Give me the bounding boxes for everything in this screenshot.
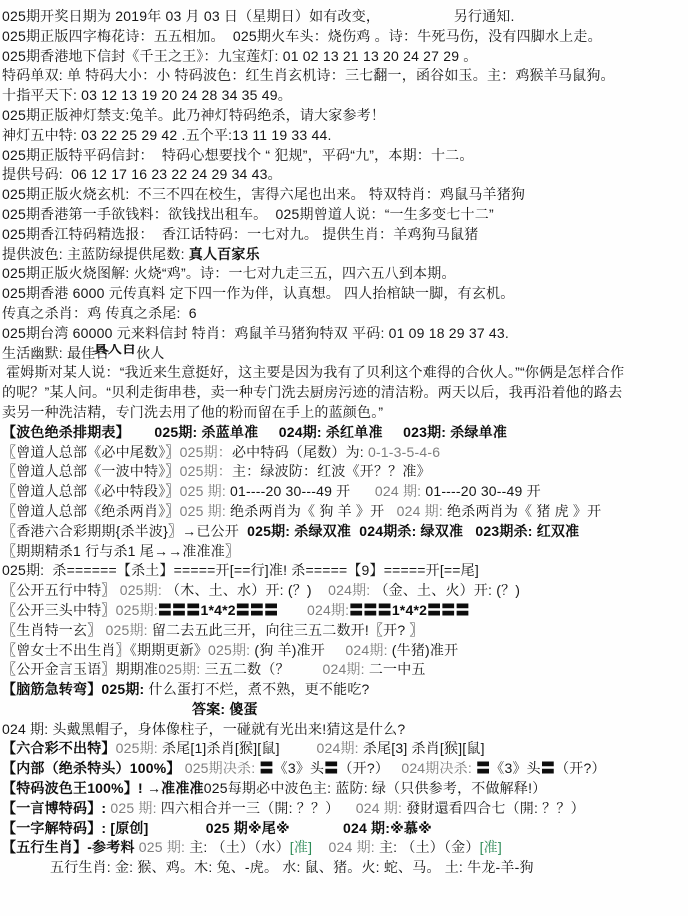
text-segment: 023期: 杀绿单准 [403, 424, 507, 440]
text-line: 〖公开五行中特〗 025期: （木、土、水）开: (？) 024期: （金、土、… [2, 581, 688, 601]
text-line: 〖曾道人总部《必中特段》〗025 期: 01----20 30---49 开 0… [2, 482, 688, 502]
text-segment: 〓〓〓1*4*2〓〓〓 [349, 602, 469, 618]
text-segment [130, 424, 155, 440]
text-segment: 024期: 杀红单准 [279, 424, 383, 440]
text-segment: 神灯五中特: 03 22 25 29 42 .五个平:13 11 19 33 4… [2, 127, 332, 143]
text-line: 025期香港 6000 元传真料 定下四一作为伴，认真想。 四人抬棺缺一脚，有玄… [2, 284, 688, 304]
text-segment: 024期决杀: [401, 760, 476, 776]
text-segment: 〖生肖特一玄〗 [2, 622, 106, 638]
text-segment: 025期： [180, 463, 232, 479]
text-segment: 主: （土）（水） [189, 839, 290, 855]
text-line: 提供波色: 主蓝防绿提供尾数: 真人百家乐 [2, 245, 688, 265]
text-segment: 〖曾女士不出生肖〗《期期更新》 [2, 642, 208, 658]
text-segment: 【一字解特码】: [原创] [2, 820, 148, 836]
text-segment: 〖公开五行中特〗 [2, 582, 120, 598]
text-segment: 〓 [259, 760, 273, 776]
text-segment: 024 期: [397, 503, 447, 519]
text-segment: 答案: 傻蛋 [192, 701, 258, 717]
text-segment: 二一中五 [369, 661, 426, 677]
text-segment: 【脑筋急转弯】025期: [2, 681, 149, 697]
text-segment: 025 期: [110, 800, 160, 816]
text-segment: 〖曾道人总部《一波中特》〗 [2, 463, 180, 479]
text-segment [312, 582, 328, 598]
text-line: 〖公开三头中特〗025期:〓〓〓1*4*2〓〓〓 024期:〓〓〓1*4*2〓〓… [2, 601, 688, 621]
text-segment [280, 740, 317, 756]
text-segment: 三五二数（？ [205, 661, 290, 677]
text-segment: [准] [290, 839, 312, 855]
text-segment: （开?） [338, 760, 389, 776]
text-line: 【波色绝杀排期表】 025期: 杀蓝单准 024期: 杀红单准 023期: 杀绿… [2, 423, 688, 443]
text-line: 025期正版四字梅花诗：五五相加。 025期火车头：烧伤鸡 。诗：牛死马伤，没有… [2, 27, 688, 47]
text-line: 【五行生肖】-参考料 025 期: 主: （土）（水）[准] 024 期: 主:… [2, 838, 688, 858]
text-segment: 024 期:※慕※ [343, 820, 432, 836]
text-line: 〖曾女士不出生肖〗《期期更新》025期: (狗 羊)准开 024期: (牛猪)准… [2, 641, 688, 661]
text-segment: 主: （土）（金） [379, 839, 480, 855]
text-line: 【一字解特码】: [原创] 025 期※尾※ 024 期:※慕※ [2, 819, 688, 839]
text-segment: 025期: [116, 602, 158, 618]
text-segment: 特码单双: 单 特码大小：小 特码波色：红生肖玄机诗：三七翻一，函谷如玉。主：鸡… [2, 67, 615, 83]
text-segment: （木、土、水）开: (？) [166, 582, 312, 598]
text-line: 025期开奖日期为 2019年 03 月 03 日（星期日）如有改变， 另行通知… [2, 7, 688, 27]
text-segment [148, 820, 205, 836]
text-segment: 四六相合并一三（開: ？？） [161, 800, 340, 816]
text-segment: 《3》头 [490, 760, 541, 776]
text-line: 【脑筋急转弯】025期: 什么蛋打不烂，煮不熟，更不能吃? [2, 680, 688, 700]
text-line: 〖曾道人总部《一波中特》〗025期：主：绿波防：红波《开？？准》 [2, 462, 688, 482]
text-segment: 提供号码: 06 12 17 16 23 22 24 29 34 43。 [2, 166, 282, 182]
text-segment: 025期决杀: [185, 760, 260, 776]
text-line: 答案: 傻蛋 [2, 700, 688, 720]
text-segment [383, 424, 403, 440]
text-line: 025期正版特平码信封： 特码心想要找个 “ 犯规”，平码“九”，本期：十二。 [2, 146, 688, 166]
text-segment: 025期正版神灯禁支:兔羊。此乃神灯特码绝杀，请大家参考！ [2, 107, 385, 123]
text-line: 025期正版火烧图解: 火烧“鸡”。诗：一七对九走三五，四六五八到本期。 [2, 264, 688, 284]
text-segment: （开?） [555, 760, 606, 776]
text-segment: 〓 [476, 760, 490, 776]
text-segment: 025期香港地下信封《千王之王》：九宝莲灯: 01 02 13 21 13 20… [2, 48, 478, 64]
text-line: 【特码波色王100%】! →准准准025每期必中波色主: 蓝防: 绿（只供参考，… [2, 779, 688, 799]
text-segment: 卖另一种洗洁精，专门洗去用了他的粉而留在手上的蓝颜色。” [2, 404, 383, 420]
text-segment: 025 期: [180, 503, 230, 519]
text-segment: 025期: [106, 622, 152, 638]
text-line: 的呢？”某人问。“贝利走街串巷，卖一种专门洗去厨房污迹的清洁粉。两天以后，我再沿… [2, 383, 688, 403]
text-segment: 025期: [158, 661, 204, 677]
text-segment: 必中特码（尾数）为: [232, 444, 368, 460]
text-segment: 绝杀两肖为《 狗 羊 》开 [230, 503, 384, 519]
text-segment: 的呢？”某人问。“贝利走街串巷，卖一种专门洗去厨房污迹的清洁粉。两天以后，我再沿… [2, 384, 622, 400]
text-segment: 025期香港第一手欲钱料：欲钱找出租车。 025期曾道人说：“一生多变七十二” [2, 206, 494, 222]
text-segment: 024期: [322, 661, 368, 677]
text-line: 025期香港第一手欲钱料：欲钱找出租车。 025期曾道人说：“一生多变七十二” [2, 205, 688, 225]
text-segment: 〓〓〓1*4*2〓〓〓 [158, 602, 278, 618]
text-segment: （金、土、火）开: (？) [374, 582, 520, 598]
text-line: 五行生肖: 金: 猴、鸡。木: 兔、-虎。 水: 鼠、猪。火: 蛇、马。 土: … [2, 858, 688, 878]
text-segment: 025期: 杀蓝单准 [154, 424, 258, 440]
text-line: 神灯五中特: 03 22 25 29 42 .五个平:13 11 19 33 4… [2, 126, 688, 146]
text-segment: 〖公开三头中特〗 [2, 602, 116, 618]
text-segment: 【特码波色王100%】! →准准准 [2, 780, 204, 796]
text-line: 025期: 杀======【杀土】=====开[==行]准! 杀=====【9】… [2, 561, 688, 581]
text-segment: 024期: [317, 740, 363, 756]
text-segment: 〖曾道人总部《必中尾数》〗 [2, 444, 180, 460]
text-segment [312, 839, 328, 855]
text-segment: 025期正版四字梅花诗：五五相加。 025期火车头：烧伤鸡 。诗：牛死马伤，没有… [2, 28, 602, 44]
text-segment: 025 期: [180, 483, 230, 499]
text-segment [290, 820, 343, 836]
text-segment: 〖香港六合彩期期{杀半波}〗→已公开 [2, 523, 247, 539]
text-segment: 杀尾[3] 杀肖[猴][鼠] [363, 740, 485, 756]
text-segment [325, 642, 345, 658]
text-segment: 留二去五此三开，向往三五二数开!〖开? 〗 [152, 622, 424, 638]
text-segment: 025每期必中波色主: 蓝防: 绿（只供参考，不做解释!） [204, 780, 547, 796]
text-segment: 025期开奖日期为 2019年 03 月 03 日（星期日）如有改变， 另行通知… [2, 8, 515, 24]
text-line: 025期正版火烧玄机: 不三不四在校生，害得六尾也出来。 特双特肖：鸡鼠马羊猪狗 [2, 185, 688, 205]
text-line: 生活幽默: 最佳合真人百伙人 [2, 344, 688, 364]
text-line: 〖曾道人总部《绝杀两肖》〗025 期: 绝杀两肖为《 狗 羊 》开 024 期:… [2, 502, 688, 522]
text-segment: 0-1-3-5-4-6 [368, 444, 440, 460]
text-segment: 025期: 杀绿双准 024期杀: 绿双准 023期杀: 红双准 [247, 523, 579, 539]
text-line: 〖曾道人总部《必中尾数》〗025期：必中特码（尾数）为: 0-1-3-5-4-6 [2, 443, 688, 463]
text-line: 霍姆斯对某人说：“我近来生意挺好，这主要是因为我有了贝利这个难得的合伙人。”“你… [2, 363, 688, 383]
text-line: 〖生肖特一玄〗 025期: 留二去五此三开，向往三五二数开!〖开? 〗 [2, 621, 688, 641]
text-line: 025期香港地下信封《千王之王》：九宝莲灯: 01 02 13 21 13 20… [2, 47, 688, 67]
page: { "colors": { "background": "#fefefe", "… [0, 0, 688, 916]
text-line: 〖公开金言玉语〗期期准025期: 三五二数（？ 024期: 二一中五 [2, 660, 688, 680]
text-segment [339, 800, 355, 816]
text-segment: 025期: [120, 582, 166, 598]
text-segment: 025期正版火烧玄机: 不三不四在校生，害得六尾也出来。 特双特肖：鸡鼠马羊猪狗 [2, 186, 525, 202]
text-segment: 01----20 30--49 开 [425, 483, 540, 499]
lottery-tips-document: 025期开奖日期为 2019年 03 月 03 日（星期日）如有改变， 另行通知… [0, 0, 688, 878]
text-segment [290, 661, 323, 677]
text-line: 特码单双: 单 特码大小：小 特码波色：红生肖玄机诗：三七翻一，函谷如玉。主：鸡… [2, 66, 688, 86]
text-segment: [准] [480, 839, 502, 855]
text-segment: 024 期: [375, 483, 425, 499]
text-segment: 〓 [324, 760, 338, 776]
text-line: 提供号码: 06 12 17 16 23 22 24 29 34 43。 [2, 165, 688, 185]
text-segment [350, 483, 375, 499]
text-segment: 01----20 30---49 开 [230, 483, 350, 499]
text-line: 卖另一种洗洁精，专门洗去用了他的粉而留在手上的蓝颜色。” [2, 403, 688, 423]
text-segment: 025期正版特平码信封： 特码心想要找个 “ 犯规”，平码“九”，本期：十二。 [2, 147, 474, 163]
text-segment: 025期: 杀======【杀土】=====开[==行]准! 杀=====【9】… [2, 562, 479, 578]
text-segment: 024期: [328, 582, 374, 598]
text-segment: 025期: [208, 642, 254, 658]
text-segment: 绝杀两肖为《 猪 虎 》开 [447, 503, 601, 519]
text-segment: 五行生肖: 金: 猴、鸡。木: 兔、-虎。 水: 鼠、猪。火: 蛇、马。 土: … [50, 859, 534, 875]
text-line: 十指平天下: 03 12 13 19 20 24 28 34 35 49。 [2, 86, 688, 106]
text-segment: 【内部（绝杀特头）100%】 [2, 760, 185, 776]
text-segment: 024 期: 头戴黑帽子，身体像柱子，一碰就有光出来!猜这是什么? [2, 721, 405, 737]
text-segment: 025期： [180, 444, 232, 460]
text-line: 传真之杀肖：鸡 传真之杀尾: 6 [2, 304, 688, 324]
text-segment: 024 期: [356, 800, 406, 816]
text-segment: 025期台湾 60000 元来料信封 特肖：鸡鼠羊马猪狗特双 平码: 01 09… [2, 325, 509, 341]
text-segment: 什么蛋打不烂，煮不熟，更不能吃? [149, 681, 370, 697]
text-segment: 〖曾道人总部《绝杀两肖》〗 [2, 503, 180, 519]
text-line: 025期香江特码精选报： 香江话特码：一七对九。 提供生肖：羊鸡狗马鼠猪 [2, 225, 688, 245]
text-segment [278, 602, 307, 618]
text-segment: 〖曾道人总部《必中特段》〗 [2, 483, 180, 499]
text-segment: 【六合彩不出特】 [2, 740, 116, 756]
text-line: 【内部（绝杀特头）100%】 025期决杀: 〓《3》头〓（开?） 024期决杀… [2, 759, 688, 779]
text-segment: 024 期: [329, 839, 379, 855]
text-segment: 〓 [541, 760, 555, 776]
text-segment: (狗 羊)准开 [254, 642, 325, 658]
text-segment: 杀尾[1]杀肖[猴][鼠] [162, 740, 280, 756]
text-segment [384, 503, 396, 519]
text-segment: 真人百家乐 [189, 246, 260, 262]
text-line: 025期正版神灯禁支:兔羊。此乃神灯特码绝杀，请大家参考！ [2, 106, 688, 126]
text-segment: 025 期: [139, 839, 189, 855]
text-segment: 伙人 [136, 345, 164, 361]
text-segment: 025期: [116, 740, 162, 756]
text-segment: 【五行生肖】-参考料 [2, 839, 139, 855]
text-line: 025期台湾 60000 元来料信封 特肖：鸡鼠羊马猪狗特双 平码: 01 09… [2, 324, 688, 344]
text-segment: 025期香江特码精选报： 香江话特码：一七对九。 提供生肖：羊鸡狗马鼠猪 [2, 226, 478, 242]
text-segment: 传真之杀肖：鸡 传真之杀尾: 6 [2, 305, 197, 321]
text-segment: 【波色绝杀排期表】 [2, 424, 130, 440]
text-segment: 025 期※尾※ [206, 820, 290, 836]
text-line: 024 期: 头戴黑帽子，身体像柱子，一碰就有光出来!猜这是什么? [2, 720, 688, 740]
text-segment: 主：绿波防：红波《开？？准》 [232, 463, 431, 479]
text-segment: 【一言博特码】: [2, 800, 110, 816]
text-line: 〖期期精杀1 行与杀1 尾→→准准准〗 [2, 542, 688, 562]
text-segment: 025期香港 6000 元传真料 定下四一作为伴，认真想。 四人抬棺缺一脚，有玄… [2, 285, 514, 301]
text-segment: 024期: [307, 602, 349, 618]
text-line: 【一言博特码】: 025 期: 四六相合并一三（開: ？？） 024 期: 發財… [2, 799, 688, 819]
text-segment: (牛猪)准开 [392, 642, 459, 658]
text-segment: 真人百 [94, 344, 137, 356]
text-segment: 025期正版火烧图解: 火烧“鸡”。诗：一七对九走三五，四六五八到本期。 [2, 265, 456, 281]
text-segment: 十指平天下: 03 12 13 19 20 24 28 34 35 49。 [2, 87, 292, 103]
text-segment: 〖期期精杀1 行与杀1 尾→→准准准〗 [2, 543, 239, 559]
text-line: 【六合彩不出特】025期: 杀尾[1]杀肖[猴][鼠] 024期: 杀尾[3] … [2, 739, 688, 759]
text-segment: 發財還看四合七（開: ？？） [406, 800, 585, 816]
text-segment: 024期: [345, 642, 391, 658]
text-segment: 〖公开金言玉语〗期期准 [2, 661, 158, 677]
text-segment: 霍姆斯对某人说：“我近来生意挺好，这主要是因为我有了贝利这个难得的合伙人。”“你… [2, 364, 624, 380]
text-segment: 提供波色: 主蓝防绿提供尾数: [2, 246, 189, 262]
text-segment [389, 760, 401, 776]
text-segment [258, 424, 278, 440]
text-line: 〖香港六合彩期期{杀半波}〗→已公开 025期: 杀绿双准 024期杀: 绿双准… [2, 522, 688, 542]
text-segment: 《3》头 [274, 760, 325, 776]
